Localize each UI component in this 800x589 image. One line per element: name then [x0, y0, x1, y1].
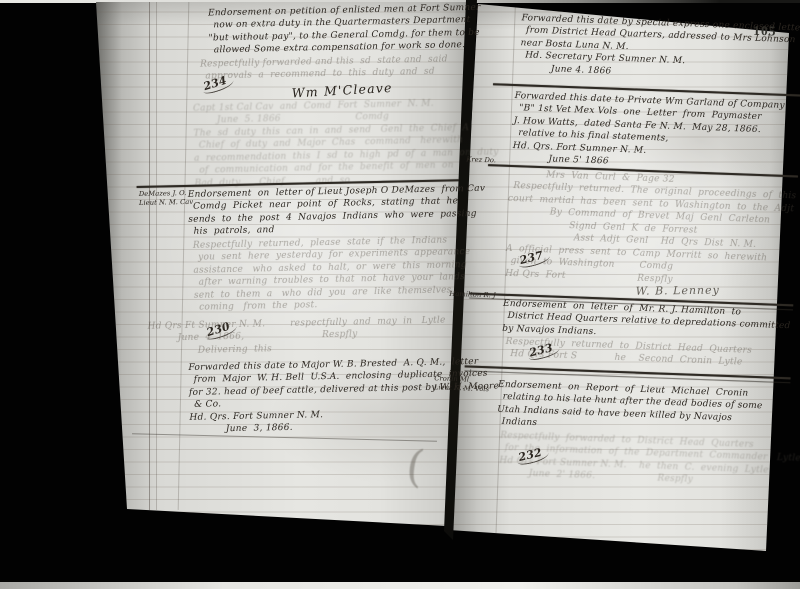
- entry-garland-text: Forwarded this date to Private Wm Garlan…: [512, 90, 795, 175]
- reference-mark: 237: [517, 245, 549, 266]
- entry-krez-faint-text: Mrs Van Curl & Page 32Respectfully retur…: [505, 168, 799, 290]
- handwritten-line: Hamilton R. J: [449, 290, 501, 300]
- entry-cronin-text: Endorsement on Report of Lieut Michael C…: [496, 379, 788, 439]
- handwritten-line: Lieut N. M. Vols: [434, 383, 486, 393]
- reference-mark: 232: [516, 442, 548, 463]
- right-page-content: 105 Forwarded this date by special expre…: [0, 0, 800, 589]
- margin-note-cronin: Cronin MlLieut N. M. Vols: [434, 374, 487, 393]
- margin-note-krez: Krez Do.: [466, 155, 506, 165]
- reference-mark: 233: [527, 338, 559, 359]
- signature-lenney: W. B. Lenney: [636, 283, 720, 297]
- handwritten-line: Krez Do.: [466, 155, 506, 165]
- margin-note-hamilton: Hamilton R. J: [449, 290, 501, 300]
- scanned-ledger-photo: Endorsement on petition of enlisted men …: [0, 0, 800, 589]
- entry-express-text: Forwarded this date by special express o…: [519, 12, 797, 84]
